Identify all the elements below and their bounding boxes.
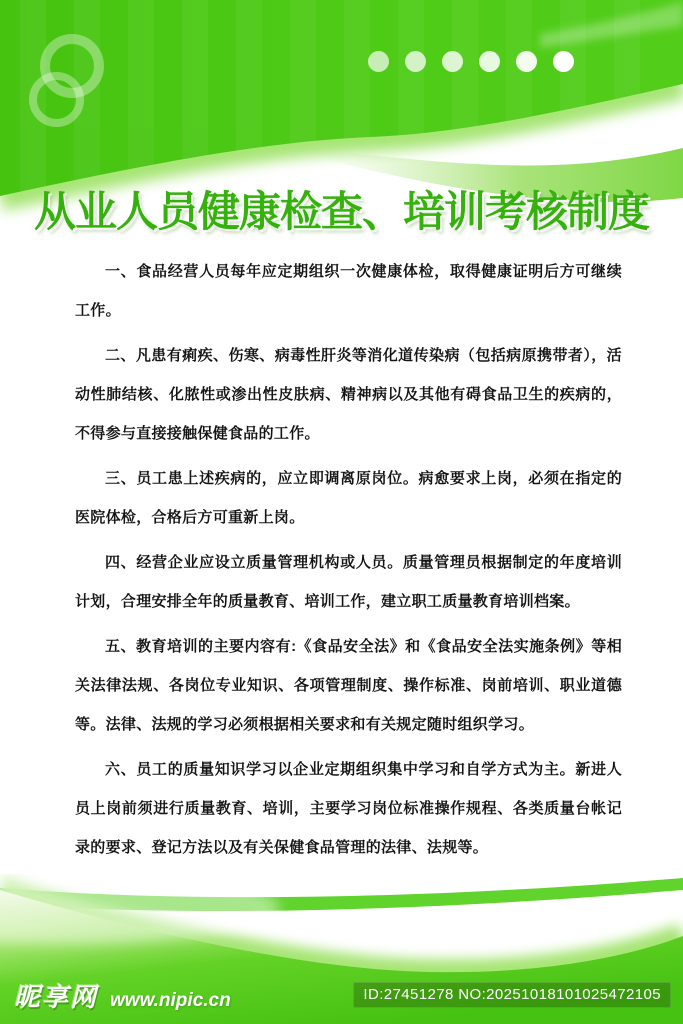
- image-id-badge: ID:27451278 NO:20251018101025472105: [353, 982, 671, 1008]
- site-logo: 昵享网: [14, 977, 98, 1014]
- paragraph: 五、教育培训的主要内容有:《食品安全法》和《食品安全法实施条例》等相关法律法规、…: [75, 627, 622, 744]
- dot-icon: [405, 51, 426, 72]
- paragraph: 四、经营企业应设立质量管理机构或人员。质量管理员根据制定的年度培训计划，合理安排…: [75, 543, 622, 621]
- dot-icon: [479, 51, 500, 72]
- footer-banner: 昵享网 www.nipic.cn ID:27451278 NO:20251018…: [0, 874, 683, 1024]
- document-body: 一、食品经营人员每年应定期组织一次健康体检，取得健康证明后方可继续工作。二、凡患…: [75, 252, 622, 873]
- dot-icon: [553, 51, 574, 72]
- site-url: www.nipic.cn: [110, 990, 231, 1012]
- ring-icon: [29, 72, 84, 127]
- dot-icon: [516, 51, 537, 72]
- paragraph: 二、凡患有痢疾、伤寒、病毒性肝炎等消化道传染病（包括病原携带者），活动性肺结核、…: [75, 336, 622, 453]
- dot-icon: [442, 51, 463, 72]
- dot-icon: [368, 51, 389, 72]
- dot-row-decoration: [368, 51, 574, 72]
- site-watermark: 昵享网 www.nipic.cn: [14, 977, 231, 1014]
- paragraph: 三、员工患上述疾病的，应立即调离原岗位。病愈要求上岗，必须在指定的医院体检，合格…: [75, 459, 622, 537]
- header-banner: 从业人员健康检查、培训考核制度: [0, 0, 683, 260]
- paragraph: 一、食品经营人员每年应定期组织一次健康体检，取得健康证明后方可继续工作。: [75, 252, 622, 330]
- poster-page: 从业人员健康检查、培训考核制度 一、食品经营人员每年应定期组织一次健康体检，取得…: [0, 0, 683, 1024]
- footer-bar: 昵享网 www.nipic.cn ID:27451278 NO:20251018…: [14, 980, 671, 1010]
- page-title: 从业人员健康检查、培训考核制度: [0, 179, 683, 239]
- paragraph: 六、员工的质量知识学习以企业定期组织集中学习和自学方式为主。新进人员上岗前须进行…: [75, 750, 622, 867]
